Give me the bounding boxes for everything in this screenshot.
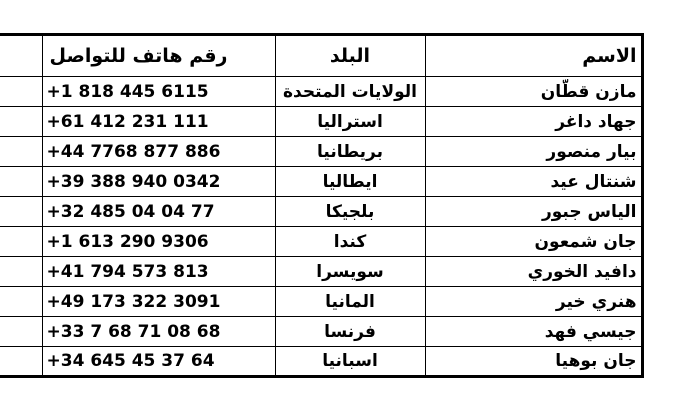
phone-column-header: رقم هاتف للتواصل: [42, 35, 275, 77]
table-row: +44 7768 877 886بريطانيابيار منصور: [0, 137, 642, 167]
country-cell: الولايات المتحدة: [275, 77, 425, 107]
name-cell: هنري خير: [425, 287, 642, 317]
empty-cell: [0, 257, 42, 287]
table-row: +34 645 45 37 64اسبانياجان بوهيا: [0, 347, 642, 377]
empty-cell: [0, 167, 42, 197]
empty-cell: [0, 107, 42, 137]
table-body: +1 818 445 6115الولايات المتحدةمازن قطّا…: [0, 77, 642, 377]
empty-header-cell: [0, 35, 42, 77]
contacts-table: رقم هاتف للتواصل البلد الاسم +1 818 445 …: [0, 33, 644, 378]
name-cell: شنتال عيد: [425, 167, 642, 197]
name-cell: الياس جبور: [425, 197, 642, 227]
country-cell: استراليا: [275, 107, 425, 137]
table-row: +49 173 322 3091المانياهنري خير: [0, 287, 642, 317]
table-header: رقم هاتف للتواصل البلد الاسم: [0, 35, 642, 77]
phone-cell: +44 7768 877 886: [42, 137, 275, 167]
name-cell: مازن قطّان: [425, 77, 642, 107]
table-row: +33 7 68 71 08 68فرنساجيسي فهد: [0, 317, 642, 347]
country-cell: المانيا: [275, 287, 425, 317]
country-cell: ايطاليا: [275, 167, 425, 197]
table-row: +32 485 04 04 77بلجيكاالياس جبور: [0, 197, 642, 227]
country-cell: سويسرا: [275, 257, 425, 287]
name-cell: جان بوهيا: [425, 347, 642, 377]
name-cell: جهاد داغر: [425, 107, 642, 137]
empty-cell: [0, 137, 42, 167]
name-cell: دافيد الخوري: [425, 257, 642, 287]
country-cell: بريطانيا: [275, 137, 425, 167]
header-row: رقم هاتف للتواصل البلد الاسم: [0, 35, 642, 77]
country-cell: بلجيكا: [275, 197, 425, 227]
country-cell: كندا: [275, 227, 425, 257]
phone-cell: +61 412 231 111: [42, 107, 275, 137]
empty-cell: [0, 197, 42, 227]
table-row: +39 388 940 0342ايطالياشنتال عيد: [0, 167, 642, 197]
phone-cell: +1 818 445 6115: [42, 77, 275, 107]
table-row: +61 412 231 111استرالياجهاد داغر: [0, 107, 642, 137]
table-row: +1 613 290 9306كنداجان شمعون: [0, 227, 642, 257]
empty-cell: [0, 317, 42, 347]
empty-cell: [0, 287, 42, 317]
name-cell: جان شمعون: [425, 227, 642, 257]
empty-cell: [0, 347, 42, 377]
empty-cell: [0, 77, 42, 107]
phone-cell: +1 613 290 9306: [42, 227, 275, 257]
empty-cell: [0, 227, 42, 257]
page: رقم هاتف للتواصل البلد الاسم +1 818 445 …: [0, 0, 679, 406]
table-row: +41 794 573 813سويسرادافيد الخوري: [0, 257, 642, 287]
country-cell: اسبانيا: [275, 347, 425, 377]
country-cell: فرنسا: [275, 317, 425, 347]
name-cell: جيسي فهد: [425, 317, 642, 347]
country-column-header: البلد: [275, 35, 425, 77]
phone-cell: +39 388 940 0342: [42, 167, 275, 197]
phone-cell: +32 485 04 04 77: [42, 197, 275, 227]
table-row: +1 818 445 6115الولايات المتحدةمازن قطّا…: [0, 77, 642, 107]
phone-cell: +33 7 68 71 08 68: [42, 317, 275, 347]
name-column-header: الاسم: [425, 35, 642, 77]
phone-cell: +49 173 322 3091: [42, 287, 275, 317]
name-cell: بيار منصور: [425, 137, 642, 167]
phone-cell: +34 645 45 37 64: [42, 347, 275, 377]
phone-cell: +41 794 573 813: [42, 257, 275, 287]
